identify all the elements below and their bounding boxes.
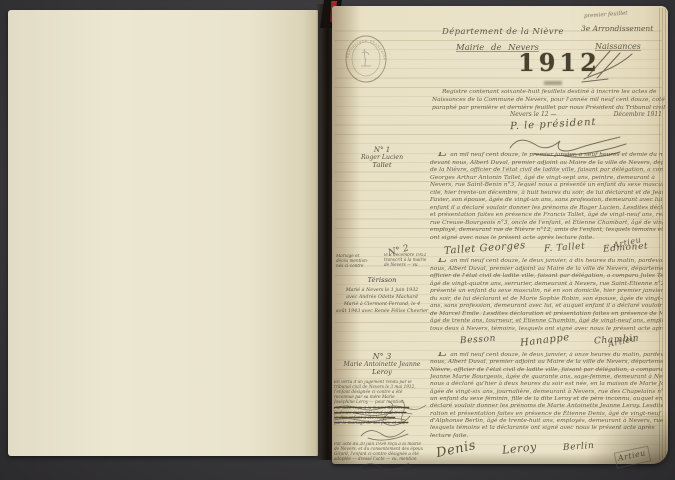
handwriting-line: Marié à Clermont-Ferrand, le 4 bbox=[334, 301, 430, 308]
handwriting-line: tous deux à Nevers, témoins, lesquels on… bbox=[430, 326, 663, 334]
act-surname-1: Tallet bbox=[336, 161, 428, 169]
page-edge-stack bbox=[659, 8, 668, 460]
handwriting-line: Naissances de la Commune de Nevers, pour… bbox=[432, 96, 666, 104]
handwriting-line: officier de l'état civil de ladite ville… bbox=[430, 273, 663, 281]
year-paraph-flourish bbox=[580, 46, 642, 90]
act-given-names-3: Marie Antoinette Jeanne bbox=[336, 361, 428, 368]
handwriting-line: nous a déclaré qu'hier à deux heures du … bbox=[430, 381, 663, 388]
official-seal: RÉPUBLIQUE FRANÇAISE bbox=[342, 33, 390, 85]
handwriting-line: de la Nièvre, officier de l'état civil d… bbox=[430, 167, 663, 175]
register-preamble: Registre contenant soixante-huit feuille… bbox=[432, 88, 666, 112]
handwriting-line: L'an mil neuf cent douze, le premier jan… bbox=[430, 152, 663, 160]
act-text-1: L'an mil neuf cent douze, le premier jan… bbox=[430, 152, 663, 243]
act-number-3: N° 3 bbox=[336, 352, 428, 361]
date-month: Décembre 1911 bbox=[614, 111, 662, 118]
handwriting-line: août 1943 avec Renée Félise Chevrier bbox=[334, 308, 430, 315]
register-page: RÉPUBLIQUE FRANÇAISE premier feuillet Dé… bbox=[332, 6, 668, 464]
marriage-mentions-2: Marié à Nevers le 1 juin 1932avec Andrée… bbox=[334, 287, 430, 315]
handwriting-line: nés ci-contre bbox=[336, 264, 382, 269]
handwriting-line: et présentation faites en présence de Fr… bbox=[430, 212, 663, 220]
bottom-shadow bbox=[332, 452, 668, 464]
handwriting-line: Favier, son épouse, âgée de vingt-un ans… bbox=[430, 197, 663, 205]
handwriting-line: Nevers, rue Saint-Benin n°3, lequel nous… bbox=[430, 182, 663, 190]
left-blank-page bbox=[8, 10, 318, 456]
act-surname-2: Térisson bbox=[336, 276, 428, 284]
handwriting-line: ans, sans profession, demeurant avec lui… bbox=[430, 303, 663, 311]
scanned-register-photo: RÉPUBLIQUE FRANÇAISE premier feuillet Dé… bbox=[0, 0, 675, 480]
handwriting-line: de Nevers — vu bbox=[384, 263, 430, 268]
margin-entry-1: N° 1 Roger Lucien Tallet bbox=[336, 146, 428, 169]
signature: Besson bbox=[460, 334, 497, 346]
handwriting-line: Registre contenant soixante-huit feuille… bbox=[432, 88, 666, 96]
handwriting-line: avec Andrée Odette Machard bbox=[334, 294, 430, 301]
handwriting-line: nous, Albert Duval, premier adjoint au M… bbox=[430, 266, 663, 274]
act-given-names-1: Roger Lucien bbox=[336, 154, 428, 161]
corner-note: premier feuillet bbox=[584, 10, 628, 19]
margin-entry-3: N° 3 Marie Antoinette Jeanne Leroy bbox=[336, 352, 428, 376]
handwriting-line: Marié à Nevers le 1 juin 1932 bbox=[334, 287, 430, 294]
margin-entry-2: Térisson bbox=[336, 276, 428, 284]
handwriting-line: présenté un enfant du sexe masculin, né … bbox=[430, 288, 663, 296]
ink-smudge bbox=[544, 81, 562, 85]
handwriting-line: âgée de vingt-six ans, journalière, deme… bbox=[430, 389, 663, 396]
handwriting-line: âgé de trente ans, tourneur, et Étienne … bbox=[430, 318, 663, 326]
date-place: Nevers le 12 — bbox=[510, 111, 557, 118]
handwriting-line: devant nous, Albert Duval, premier adjoi… bbox=[430, 160, 663, 168]
act-text-2: L'an mil neuf cent douze, le deux janvie… bbox=[430, 258, 663, 333]
act-number-1: N° 1 bbox=[336, 146, 428, 154]
header-arrondissement: 3e Arrondissement bbox=[581, 24, 653, 33]
signature: F. Tallet bbox=[544, 242, 586, 255]
handwriting-line: Nièvre, officier de l'état civil de ladi… bbox=[430, 367, 663, 374]
strikethrough-scribbles bbox=[332, 374, 432, 432]
seal-figure bbox=[361, 49, 371, 66]
margin-note-2a: Mariage etdécès mention-nés ci-contre bbox=[336, 254, 382, 269]
margin-signature-flourish-3 bbox=[358, 426, 414, 441]
handwriting-line: L'an mil neuf cent douze, le deux janvie… bbox=[430, 258, 663, 266]
header-department: Département de la Nièvre bbox=[442, 27, 564, 37]
handwriting-line: nous, Albert Duval, premier adjoint au M… bbox=[430, 359, 663, 366]
handwriting-line: employé, demeurant rue de Nièvre n°12, a… bbox=[430, 227, 663, 235]
